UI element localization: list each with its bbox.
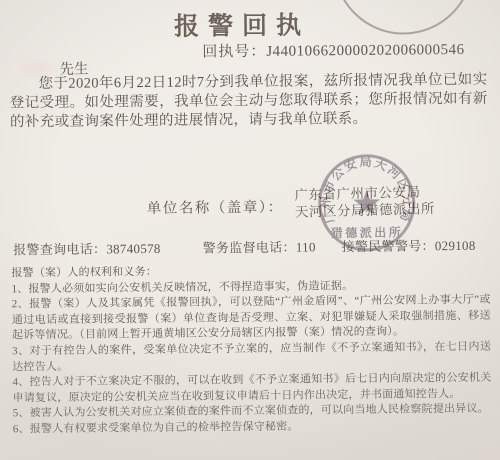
rights-item: 4、控告人对于不立案决定不服的，可以在收到《不予立案通知书》后七日内向原决定的公…: [12, 371, 491, 407]
officer-badge-number: 029108: [435, 238, 476, 253]
unit-name-line2: 天河区分局猎德派出所: [295, 201, 435, 221]
receipt-photo: 报警回执 回执号：J440106620000202006000546 先生 您于…: [0, 0, 500, 460]
unit-name-printed: 广东省广州市公安局 天河区分局猎德派出所: [294, 184, 435, 221]
document-page: 报警回执 回执号：J440106620000202006000546 先生 您于…: [0, 0, 500, 460]
receipt-number-label: 回执号：: [202, 44, 266, 61]
officer-badge-label: 接警民警警号：: [342, 238, 435, 254]
officer-badge: 接警民警警号：029108: [342, 235, 476, 255]
notice-paragraph: 您于2020年6月22日12时7分到我单位报案，兹所报情况我单位已如实登记受理。…: [10, 71, 489, 132]
unit-name-label: 单位名称（盖章）：: [147, 196, 284, 218]
supervise-phone-label: 警务监督电话：: [203, 240, 296, 256]
supervise-phone: 警务监督电话：110: [203, 236, 316, 256]
addressee-name-redacted: [11, 61, 57, 75]
rights-section: 报警（案）人的权利和义务： 1、报警人必须如实向公安机关反映情况，不得捏造事实，…: [11, 262, 492, 438]
rights-item: 2、报警（案）人及其家属凭《报警回执》，可以登陆“广州金盾网”、“广州公安网上办…: [12, 293, 491, 344]
rights-item: 6、报警人有权要求受案单位为自己的检举控告保守秘密。: [13, 418, 492, 438]
receipt-number-value: J440106620000202006000546: [266, 42, 464, 60]
query-phone-number: 38740578: [106, 241, 161, 257]
contact-row: 报警查询电话：38740578 警务监督电话：110 接警民警警号：029108: [13, 235, 491, 259]
rights-item: 3、对于有控告人的案件，受案单位决定不予立案的，应当制作《不予立案通知书》，在七…: [12, 340, 491, 376]
receipt-number-row: 回执号：J440106620000202006000546: [202, 38, 465, 62]
supervise-phone-number: 110: [296, 239, 316, 254]
query-phone: 报警查询电话：38740578: [13, 238, 161, 258]
query-phone-label: 报警查询电话：: [13, 241, 106, 257]
